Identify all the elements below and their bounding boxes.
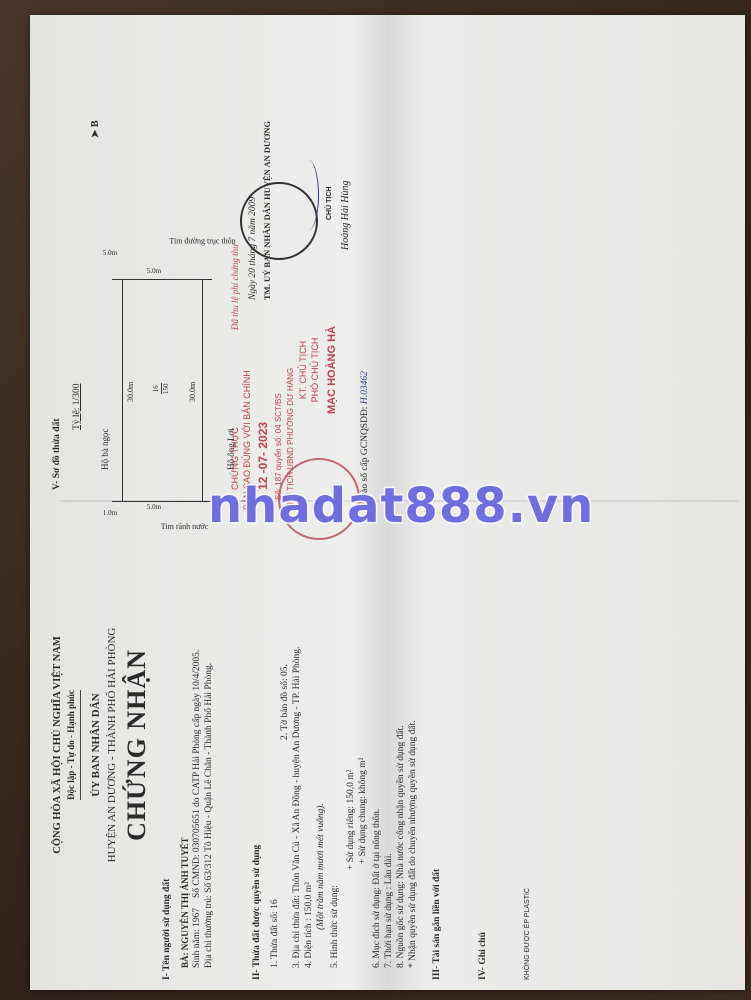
fee-note: Đã thu lệ phí chứng thư	[230, 244, 240, 330]
parcel-label-number: 16	[152, 384, 162, 395]
plot-scale: Tỷ lệ: 1/300	[72, 384, 82, 430]
right-length: 30.0m	[188, 382, 197, 402]
common-use: + Sử dụng chung: không m²	[358, 757, 368, 864]
transfer-note: * Nhận quyền sử dụng đất do chuyển nhượn…	[408, 720, 418, 968]
drain-label: Tim rãnh nước	[161, 522, 208, 531]
use-term: 7. Thời hạn sử dụng : Lâu dài.	[384, 853, 394, 968]
motto-underline	[80, 690, 81, 800]
north-arrow: ➤ B	[90, 120, 101, 138]
use-origin: 8. Nguồn gốc sử dụng: Nhà nước công nhận…	[396, 725, 406, 968]
plot-bottom-boundary	[112, 279, 212, 280]
deputy-role: PHÓ CHỦ TỊCH	[310, 310, 320, 430]
deputy-name: MẠC HOÀNG HÀ	[326, 310, 338, 430]
district-heading: HUYỆN AN DƯƠNG - THÀNH PHỐ HẢI PHÒNG	[106, 540, 118, 950]
parcel-number: 1. Thửa đất số: 16	[270, 899, 280, 968]
section-5-heading: V- Sơ đồ thửa đất	[52, 419, 62, 491]
north-label: B	[90, 120, 101, 127]
top-width: 5.0m	[147, 503, 161, 511]
parcel-label: 16 150	[152, 384, 171, 395]
section-3-heading: III- Tài sản gắn liền với đất	[432, 869, 442, 980]
private-use: + Sử dụng riêng: 150,0 m²	[346, 770, 356, 870]
section-1-heading: I- Tên người sử dụng đất	[162, 879, 172, 980]
parcel-location: 3. Địa chỉ thửa đất: Thôn Văn Cú - Xã An…	[292, 647, 302, 968]
use-purpose: 6. Mục đích sử dụng: Đất ở tại nông thôn…	[372, 809, 382, 968]
road-label: Tim đường trục thôn	[169, 236, 235, 245]
owner-birth: Sinh năm: 1967	[192, 908, 202, 968]
use-form: 5. Hình thức sử dụng:	[330, 885, 340, 968]
plot-left-boundary	[122, 280, 123, 502]
bottom-width: 5.0m	[147, 267, 161, 275]
plot-right-boundary	[202, 280, 203, 502]
motto: Độc lập - Tự do - Hạnh phúc	[66, 580, 76, 910]
parcel-area-words: (Một trăm năm mươi mét vuông).	[316, 803, 326, 930]
no-lamination-note: KHÔNG ĐƯỢC ÉP PLASTIC	[524, 888, 531, 980]
chairman-title: CHỦ TỊCH	[326, 187, 333, 220]
nation-heading: CỘNG HÒA XÃ HỘI CHỦ NGHĨA VIỆT NAM	[52, 580, 63, 910]
plot-top-boundary	[112, 501, 212, 502]
left-length: 30.0m	[126, 382, 135, 402]
left-neighbor-label: Hộ bà ngọc	[100, 429, 110, 471]
deputy-title: KT. CHỦ TỊCH	[298, 310, 308, 430]
bottom-offset: 5.0m	[103, 249, 117, 257]
top-offset: 1.0m	[103, 509, 117, 517]
section-2-heading: II- Thửa đất được quyền sử dụng	[252, 845, 262, 980]
section-4-heading: IV- Ghi chú	[478, 932, 488, 980]
registry-value: H.03462	[360, 371, 370, 404]
owner-address: Địa chỉ thường trú: Số 63/312 Tô Hiệu - …	[204, 663, 214, 968]
owner-name: BÀ: NGUYỄN THỊ ÁNH TUYẾT	[180, 837, 190, 968]
chairman-name: Hoàng Hải Hùng	[340, 181, 351, 250]
parcel-label-area: 150	[162, 384, 171, 395]
map-sheet: 2. Tờ bản đồ số: 05.	[280, 664, 290, 740]
owner-id: Số CMND: 030705651 do CATP Hải Phòng cấp…	[192, 650, 202, 898]
chairman-signature	[298, 160, 319, 230]
committee-heading: ỦY BAN NHÂN DÂN	[90, 580, 102, 910]
parcel-area: 4. Diện tích : 150,0 m²	[304, 882, 314, 968]
north-arrow-icon: ➤	[90, 130, 101, 138]
watermark-logo: nhadat888.vn	[208, 478, 594, 534]
page-title: CHỨNG NHẬN	[122, 580, 152, 910]
